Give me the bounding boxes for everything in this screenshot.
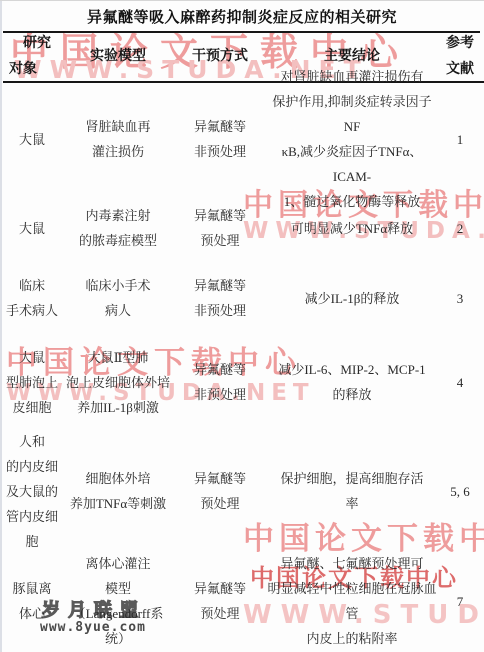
header-subject-line1: 研究: [23, 31, 51, 57]
cell-subject: 人和 的内皮细 及大鼠的 管内皮细 胞: [2, 425, 62, 557]
cell-subject: 大鼠 型肺泡上 皮细胞: [2, 339, 62, 425]
cell-model: 离体心灌注 模型 （Langendorff系 统）: [62, 550, 174, 652]
table-row: 大鼠 肾脏缺血再 灌注损伤 异氟醚等 非预处理 对肾脏缺血再灌注损伤有 保护作用…: [0, 91, 484, 187]
cell-conclusion: 对肾脏缺血再灌注损伤有 保护作用,抑制炎症转录因子NF κB,减少炎症因子TNF…: [266, 91, 438, 187]
cell-model: 大鼠Ⅱ型肺 泡上皮细胞体外培 养加IL-1β刺激: [62, 339, 174, 425]
title-rule: [3, 31, 480, 33]
cell-reference: 5, 6: [438, 425, 482, 557]
cell-intervention: 异氟醚等 预处理: [174, 195, 266, 261]
cell-conclusion: 减少IL-6、MIP-2、MCP-1 的释放: [266, 339, 438, 425]
cell-subject: 临床 手术病人: [2, 265, 62, 331]
header-subject-line2: 对象: [9, 57, 37, 83]
paper-table-page: 中国论文下载中心 WWW.STUDA.NET 中国论文下载中心 WWW.STUD…: [0, 0, 484, 652]
cell-subject: 大鼠: [2, 195, 62, 261]
cell-reference: 3: [438, 265, 482, 331]
cell-model: 肾脏缺血再 灌注损伤: [62, 91, 174, 187]
table-row: 人和 的内皮细 及大鼠的 管内皮细 胞 细胞体外培 养加TNFα等刺激 异氟醚等…: [0, 425, 484, 557]
cell-model: 细胞体外培 养加TNFα等刺激: [62, 425, 174, 557]
table-row: 大鼠 型肺泡上 皮细胞 大鼠Ⅱ型肺 泡上皮细胞体外培 养加IL-1β刺激 异氟醚…: [0, 339, 484, 425]
table-row: 临床 手术病人 临床小手术 病人 异氟醚等 非预处理 减少IL-1β的释放 3: [0, 265, 484, 331]
cell-intervention: 异氟醚等 非预处理: [174, 265, 266, 331]
header-cell-reference: 参考 文献: [438, 34, 482, 80]
cell-conclusion: 可明显减少TNFα释放: [266, 195, 438, 261]
table-row: 豚鼠离 体心 离体心灌注 模型 （Langendorff系 统） 异氟醚等 预处…: [0, 550, 484, 652]
cell-model: 临床小手术 病人: [62, 265, 174, 331]
table-row: 大鼠 内毒素注射 的脓毒症模型 异氟醚等 预处理 可明显减少TNFα释放 2: [0, 195, 484, 261]
page-title: 异氟醚等吸入麻醉药抑制炎症反应的相关研究: [0, 6, 484, 27]
cell-reference: 2: [438, 195, 482, 261]
cell-intervention: 异氟醚等 非预处理: [174, 91, 266, 187]
cell-intervention: 异氟醚等 预处理: [174, 425, 266, 557]
cell-reference: 7: [438, 550, 482, 652]
header-cell-model: 实验模型: [62, 34, 174, 80]
cell-reference: 1: [438, 91, 482, 187]
cell-subject: 豚鼠离 体心: [2, 550, 62, 652]
cell-conclusion: 保护细胞，提高细胞存活 率: [266, 425, 438, 557]
cell-intervention: 异氟醚等 预处理: [174, 550, 266, 652]
cell-subject: 大鼠: [2, 91, 62, 187]
header-cell-intervention: 干预方式: [174, 34, 266, 80]
cell-model: 内毒素注射 的脓毒症模型: [62, 195, 174, 261]
cell-intervention: 异氟醚等 非预处理: [174, 339, 266, 425]
cell-conclusion: 减少IL-1β的释放: [266, 265, 438, 331]
header-cell-subject: 研究 对象: [2, 34, 62, 80]
cell-conclusion: 异氟醚、七氟醚预处理可 明显减轻中性粒细胞在冠脉血管 内皮上的粘附率: [266, 550, 438, 652]
cell-reference: 4: [438, 339, 482, 425]
